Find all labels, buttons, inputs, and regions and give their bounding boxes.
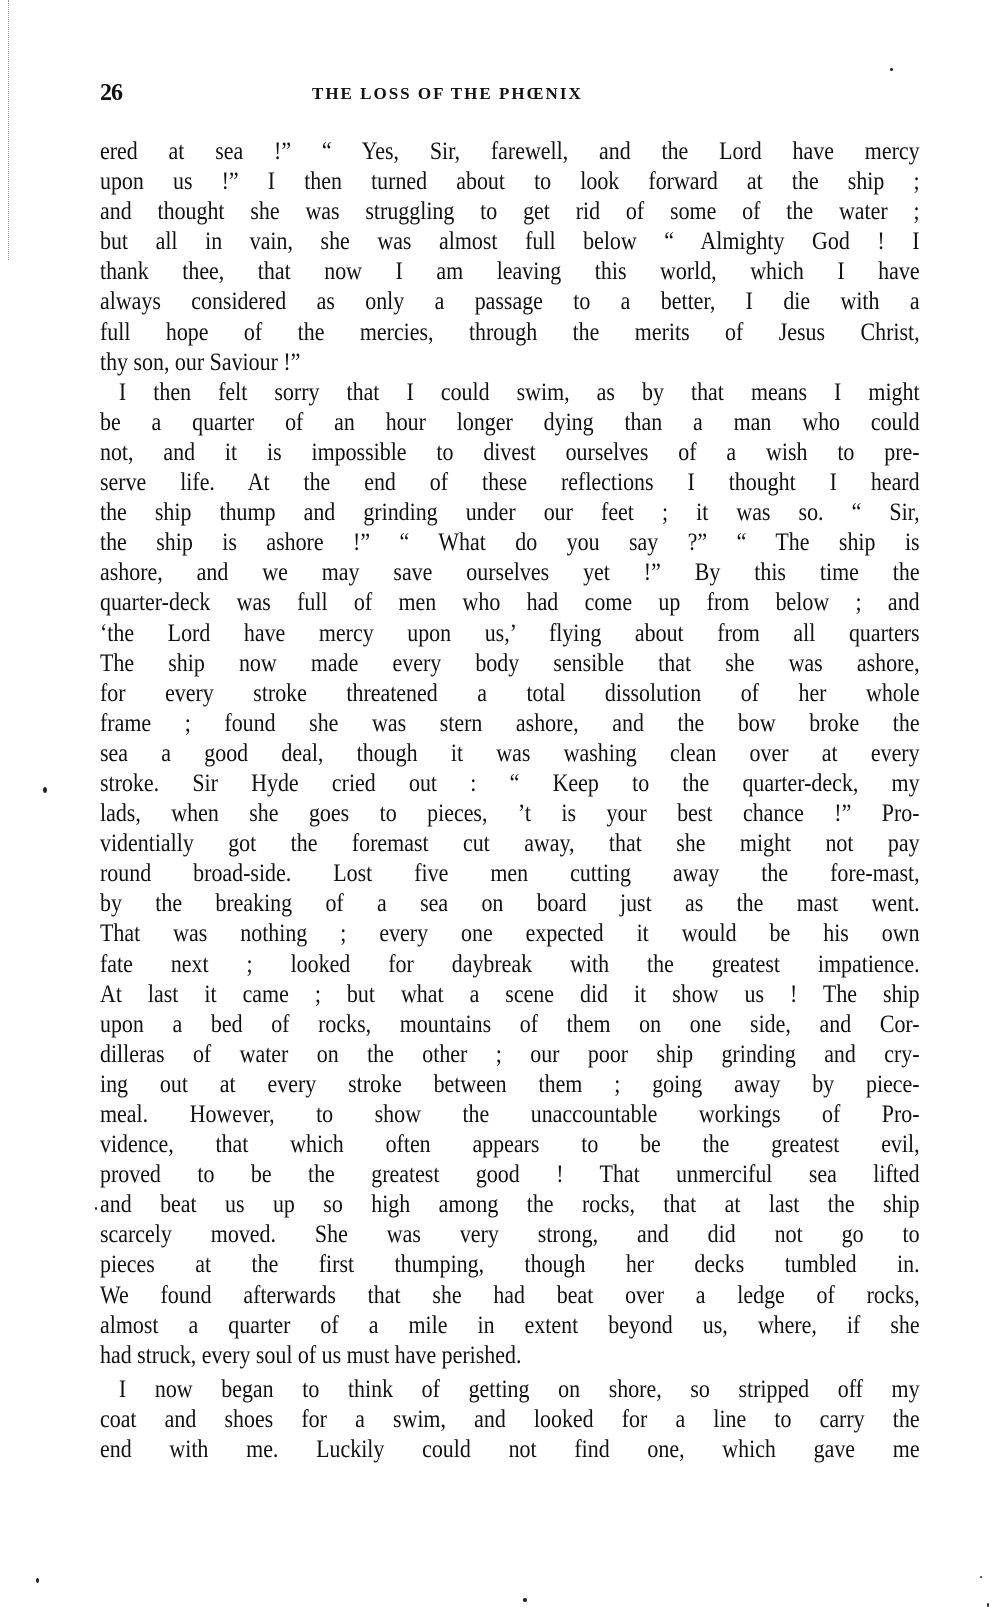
text-line: and thought she was struggling to get ri…	[100, 196, 920, 226]
text-line: but all in vain, she was almost full bel…	[100, 226, 920, 256]
text-line: The ship now made every body sensible th…	[100, 648, 920, 678]
scan-speck	[36, 1578, 39, 1583]
text-line: the ship thump and grinding under our fe…	[100, 497, 920, 527]
scan-speck	[95, 1207, 97, 1210]
paragraph-start-line: I now began to think of getting on shore…	[100, 1374, 920, 1404]
text-line: meal. However, to show the unaccountable…	[100, 1099, 920, 1129]
book-page: 26 THE LOSS OF THE PHŒNIX ered at sea !”…	[0, 0, 1000, 1612]
text-line: end with me. Luckily could not find one,…	[100, 1434, 920, 1464]
text-line: proved to be the greatest good ! That un…	[100, 1159, 920, 1189]
scan-speck	[43, 787, 47, 793]
text-line: round broad-side. Lost five men cutting …	[100, 858, 920, 888]
scan-speck	[890, 68, 893, 71]
text-line: always considered as only a passage to a…	[100, 286, 920, 316]
running-title: THE LOSS OF THE PHŒNIX	[312, 84, 583, 104]
running-head: 26 THE LOSS OF THE PHŒNIX	[100, 80, 920, 110]
text-line: upon a bed of rocks, mountains of them o…	[100, 1009, 920, 1039]
text-line: for every stroke threatened a total diss…	[100, 678, 920, 708]
body-text: ered at sea !” “ Yes, Sir, farewell, and…	[100, 136, 920, 1464]
text-line: upon us !” I then turned about to look f…	[100, 166, 920, 196]
text-line: scarcely moved. She was very strong, and…	[100, 1219, 920, 1249]
text-line: vidence, that which often appears to be …	[100, 1129, 920, 1159]
text-line: by the breaking of a sea on board just a…	[100, 888, 920, 918]
scan-edge-rule	[8, 0, 10, 260]
text-line: That was nothing ; every one expected it…	[100, 918, 920, 948]
text-line: frame ; found she was stern ashore, and …	[100, 708, 920, 738]
page-number: 26	[100, 80, 122, 107]
text-line: ing out at every stroke between them ; g…	[100, 1069, 920, 1099]
text-line: almost a quarter of a mile in extent bey…	[100, 1310, 920, 1340]
text-line: and beat us up so high among the rocks, …	[100, 1189, 920, 1219]
text-line: stroke. Sir Hyde cried out : “ Keep to t…	[100, 768, 920, 798]
text-line: pieces at the first thumping, though her…	[100, 1249, 920, 1279]
text-line: thy son, our Saviour !”	[100, 347, 920, 377]
text-line: ‘the Lord have mercy upon us,’ flying ab…	[100, 618, 920, 648]
text-line: videntially got the foremast cut away, t…	[100, 828, 920, 858]
text-line: lads, when she goes to pieces, ’t is you…	[100, 798, 920, 828]
text-line: fate next ; looked for daybreak with the…	[100, 949, 920, 979]
text-line: had struck, every soul of us must have p…	[100, 1340, 920, 1370]
text-line: the ship is ashore !” “ What do you say …	[100, 527, 920, 557]
text-line: coat and shoes for a swim, and looked fo…	[100, 1404, 920, 1434]
text-line: quarter-deck was full of men who had com…	[100, 587, 920, 617]
scan-speck	[987, 1603, 989, 1607]
text-line: ered at sea !” “ Yes, Sir, farewell, and…	[100, 136, 920, 166]
text-line: ashore, and we may save ourselves yet !”…	[100, 557, 920, 587]
text-line: full hope of the mercies, through the me…	[100, 317, 920, 347]
text-line: not, and it is impossible to divest ours…	[100, 437, 920, 467]
text-line: serve life. At the end of these reflecti…	[100, 467, 920, 497]
text-line: We found afterwards that she had beat ov…	[100, 1280, 920, 1310]
text-line: be a quarter of an hour longer dying tha…	[100, 407, 920, 437]
paragraph-start-line: I then felt sorry that I could swim, as …	[100, 377, 920, 407]
text-line: sea a good deal, though it was washing c…	[100, 738, 920, 768]
scan-speck	[980, 1576, 982, 1578]
scan-speck	[523, 1598, 527, 1602]
text-line: thank thee, that now I am leaving this w…	[100, 256, 920, 286]
text-line: At last it came ; but what a scene did i…	[100, 979, 920, 1009]
text-line: dilleras of water on the other ; our poo…	[100, 1039, 920, 1069]
